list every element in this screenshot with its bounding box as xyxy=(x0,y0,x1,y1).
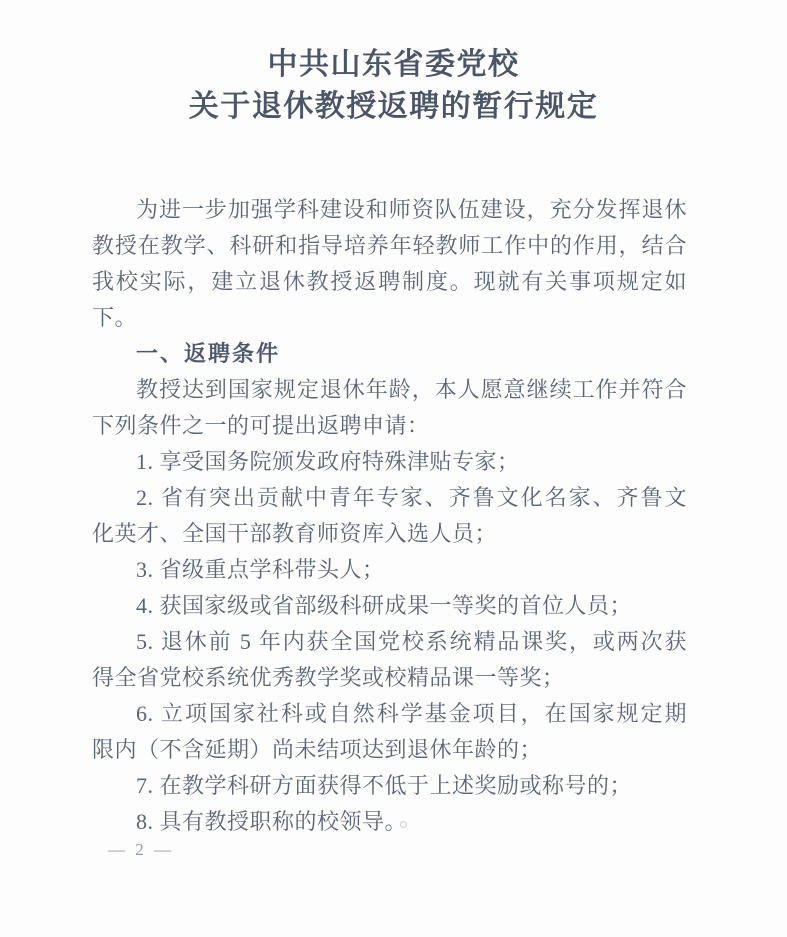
document-body: 为进一步加强学科建设和师资队伍建设，充分发挥退休教授在教学、科研和指导培养年轻教… xyxy=(92,192,687,840)
text-line: 下。 xyxy=(92,300,687,336)
text-line: 4. 获国家级或省部级科研成果一等奖的首位人员； xyxy=(92,588,687,624)
title-line-2: 关于退休教授返聘的暂行规定 xyxy=(0,86,787,128)
title-line-1: 中共山东省委党校 xyxy=(0,44,787,86)
text-line: 5. 退休前 5 年内获全国党校系统精品课奖，或两次获 xyxy=(92,624,687,660)
text-line: 8. 具有教授职称的校领导。 xyxy=(92,804,687,840)
text-line: 3. 省级重点学科带头人； xyxy=(92,552,687,588)
page-number: — 2 — xyxy=(108,838,174,862)
scan-artifact-dot xyxy=(400,821,407,828)
text-line: 我校实际，建立退休教授返聘制度。现就有关事项规定如 xyxy=(92,264,687,300)
text-line: 6. 立项国家社科或自然科学基金项目，在国家规定期 xyxy=(92,696,687,732)
text-line: 得全省党校系统优秀教学奖或校精品课一等奖； xyxy=(92,660,687,696)
text-line: 化英才、全国干部教育师资库入选人员； xyxy=(92,516,687,552)
text-line: 7. 在教学科研方面获得不低于上述奖励或称号的； xyxy=(92,768,687,804)
text-line: 2. 省有突出贡献中青年专家、齐鲁文化名家、齐鲁文 xyxy=(92,480,687,516)
document-page: 中共山东省委党校 关于退休教授返聘的暂行规定 为进一步加强学科建设和师资队伍建设… xyxy=(0,0,787,937)
text-line: 教授在教学、科研和指导培养年轻教师工作中的作用，结合 xyxy=(92,228,687,264)
text-line: 为进一步加强学科建设和师资队伍建设，充分发挥退休 xyxy=(92,192,687,228)
text-line: 下列条件之一的可提出返聘申请： xyxy=(92,408,687,444)
section-heading: 一、返聘条件 xyxy=(92,336,687,372)
text-line: 1. 享受国务院颁发政府特殊津贴专家； xyxy=(92,444,687,480)
text-line: 教授达到国家规定退休年龄，本人愿意继续工作并符合 xyxy=(92,372,687,408)
text-line: 限内（不含延期）尚未结项达到退休年龄的； xyxy=(92,732,687,768)
document-title: 中共山东省委党校 关于退休教授返聘的暂行规定 xyxy=(0,44,787,128)
